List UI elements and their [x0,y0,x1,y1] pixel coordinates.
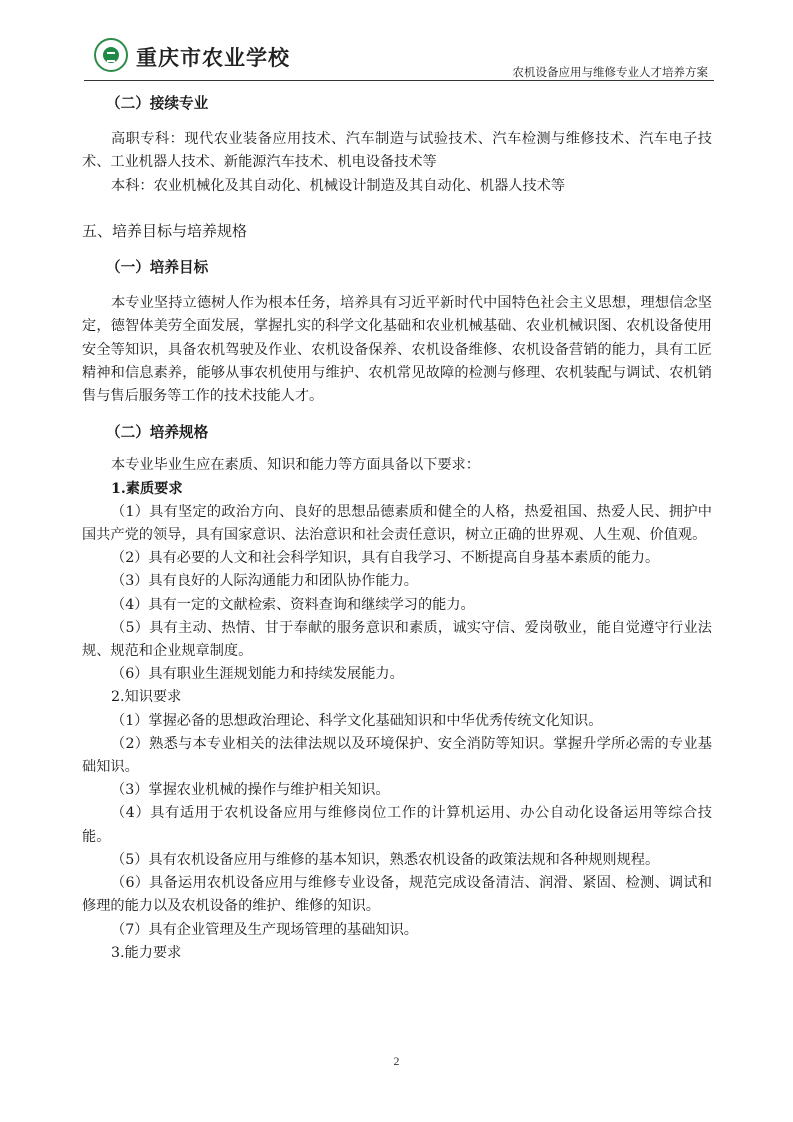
subsection-title: （二）接续专业 [82,92,712,115]
list-item: （7）具有企业管理及生产现场管理的基础知识。 [82,919,712,942]
list-item: （4）具有适用于农机设备应用与维修岗位工作的计算机运用、办公自动化设备运用等综合… [82,802,712,848]
list-heading: 3.能力要求 [82,942,712,965]
list-heading: 2.知识要求 [82,686,712,709]
list-item: （2）具有必要的人文和社会科学知识，具有自我学习、不断提高自身基本素质的能力。 [82,547,712,570]
school-emblem-icon [94,38,128,72]
document-title: 农机设备应用与维修专业人才培养方案 [513,64,709,80]
list-item: （6）具备运用农机设备应用与维修专业设备，规范完成设备清洁、润滑、紧固、检测、调… [82,872,712,918]
header-divider [84,80,714,81]
paragraph: 本专业坚持立德树人作为根本任务，培养具有习近平新时代中国特色社会主义思想，理想信… [82,292,712,408]
document-body: （二）接续专业 高职专科：现代农业装备应用技术、汽车制造与试验技术、汽车检测与维… [82,92,712,965]
list-item: （3）掌握农业机械的操作与维护相关知识。 [82,779,712,802]
subsection-title: （一）培养目标 [82,256,712,279]
list-item: （1）掌握必备的思想政治理论、科学文化基础知识和中华优秀传统文化知识。 [82,710,712,733]
list-item: （3）具有良好的人际沟通能力和团队协作能力。 [82,570,712,593]
paragraph: 本专业毕业生应在素质、知识和能力等方面具备以下要求： [82,454,712,477]
page-number: 2 [0,1054,793,1069]
section-title: 五、培养目标与培养规格 [82,220,712,243]
list-item: （5）具有农机设备应用与维修的基本知识，熟悉农机设备的政策法规和各种规则规程。 [82,849,712,872]
page-header: 重庆市农业学校 农机设备应用与维修专业人才培养方案 [92,34,712,80]
list-item: （5）具有主动、热情、甘于奉献的服务意识和素质，诚实守信、爱岗敬业，能自觉遵守行… [82,617,712,663]
list-item: （1）具有坚定的政治方向、良好的思想品德素质和健全的人格，热爱祖国、热爱人民、拥… [82,501,712,547]
list-item: （6）具有职业生涯规划能力和持续发展能力。 [82,663,712,686]
list-item: （2）熟悉与本专业相关的法律法规以及环境保护、安全消防等知识。掌握升学所必需的专… [82,733,712,779]
list-item: （4）具有一定的文献检索、资料查询和继续学习的能力。 [82,594,712,617]
list-heading: 1.素质要求 [82,478,712,501]
paragraph: 高职专科：现代农业装备应用技术、汽车制造与试验技术、汽车检测与维修技术、汽车电子… [82,128,712,174]
paragraph: 本科：农业机械化及其自动化、机械设计制造及其自动化、机器人技术等 [82,175,712,198]
school-name: 重庆市农业学校 [136,42,290,72]
subsection-title: （二）培养规格 [82,421,712,444]
